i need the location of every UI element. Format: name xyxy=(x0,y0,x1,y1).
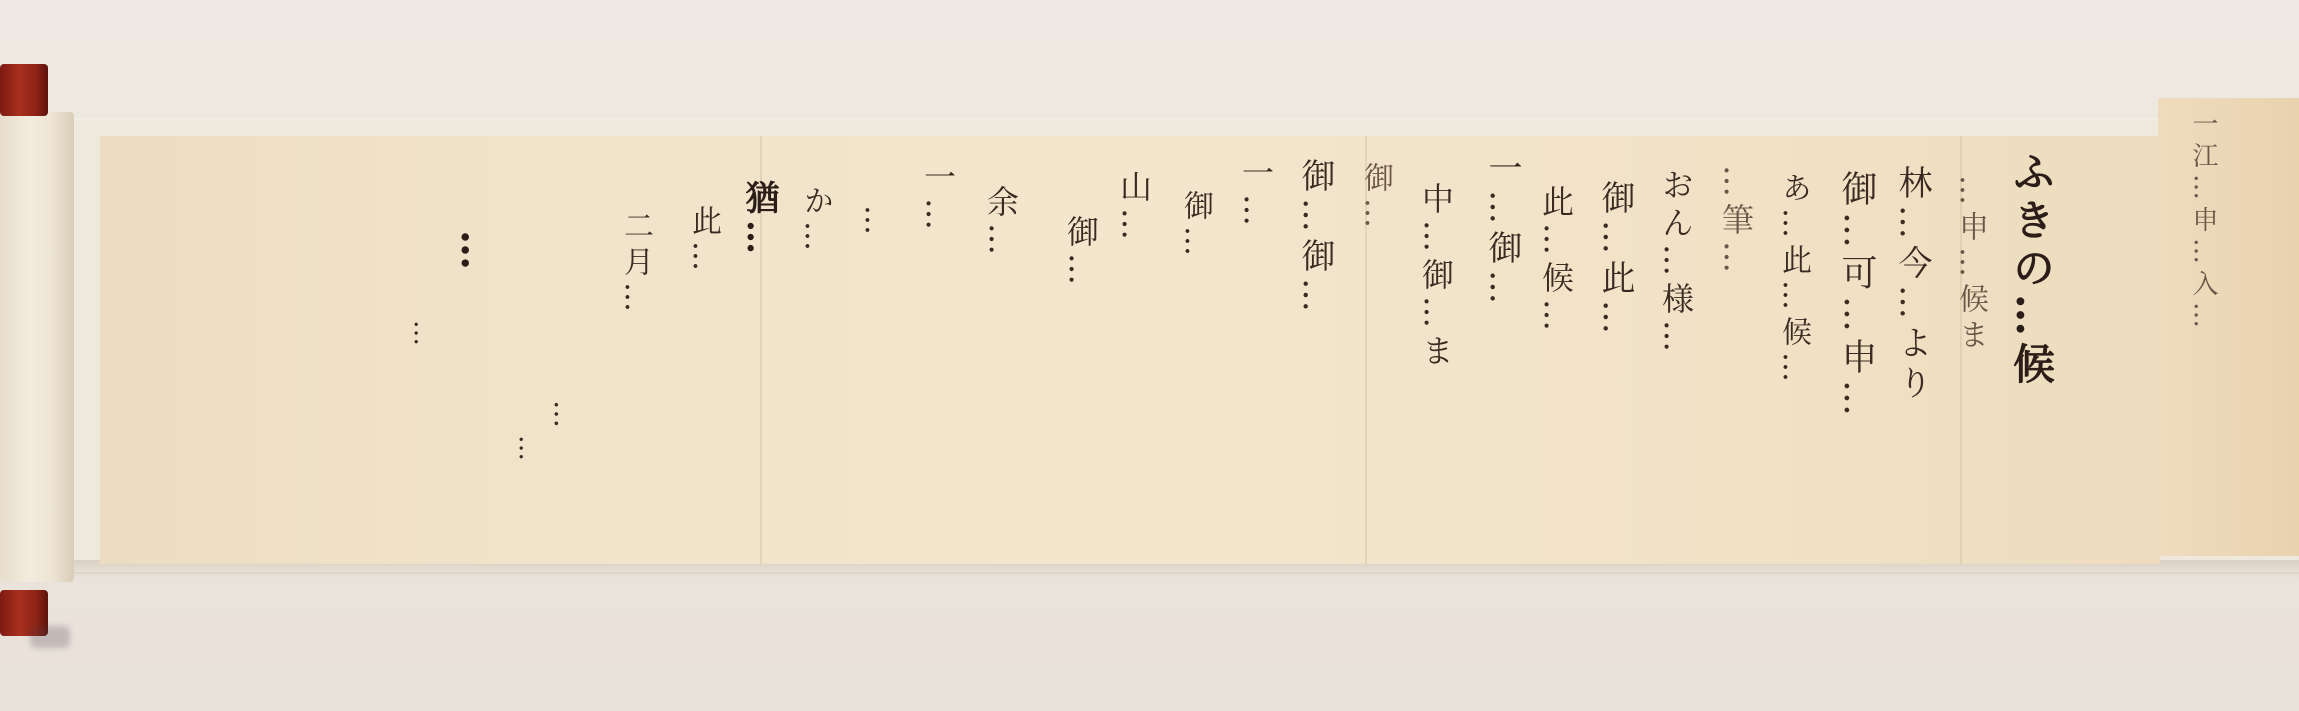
calligraphy-column: …筆… xyxy=(1720,165,1752,279)
calligraphy-column: ふきの…候 xyxy=(2010,150,2052,390)
calligraphy-column: 御…此… xyxy=(1598,180,1632,340)
roller-cap-top xyxy=(0,64,48,116)
roller-cap-shadow xyxy=(30,626,70,648)
calligraphy-column: 御… xyxy=(1180,190,1210,262)
calligraphy-column: 二月… xyxy=(620,210,650,318)
calligraphy-column: 猶… xyxy=(742,180,776,260)
letter-paper-right-edge xyxy=(2158,98,2299,556)
calligraphy-column: … xyxy=(860,205,890,241)
calligraphy-column: 此…候… xyxy=(1540,185,1572,337)
right-margin-note: 一江…申…入… xyxy=(2190,110,2216,334)
calligraphy-column: あ…此…候… xyxy=(1778,172,1808,388)
calligraphy-column: … xyxy=(410,320,436,352)
calligraphy-column: 御…可…申… xyxy=(1838,170,1874,422)
calligraphy-column: … xyxy=(455,230,495,276)
calligraphy-column: … xyxy=(515,435,541,467)
calligraphy-column: 一… xyxy=(1240,156,1272,232)
calligraphy-column: 此… xyxy=(688,205,718,277)
calligraphy-column: 余… xyxy=(985,185,1017,261)
calligraphy-column: 御…御… xyxy=(1298,158,1332,318)
calligraphy-column: おん…様… xyxy=(1660,168,1692,358)
scroll-roller xyxy=(0,112,74,582)
calligraphy-column: 山… xyxy=(1118,170,1150,246)
calligraphy-column: 御… xyxy=(1360,162,1390,234)
calligraphy-column: …申…候ま xyxy=(1955,175,1985,355)
calligraphy-column: 一…御… xyxy=(1485,150,1519,310)
calligraphy-column: 御… xyxy=(1065,215,1097,291)
calligraphy-column: 一… xyxy=(922,160,954,236)
calligraphy-column: 中…御…ま xyxy=(1420,182,1452,372)
calligraphy-column: 林…今…より xyxy=(1895,165,1929,405)
calligraphy-column: か… xyxy=(800,185,830,257)
calligraphy-column: … xyxy=(550,400,578,434)
